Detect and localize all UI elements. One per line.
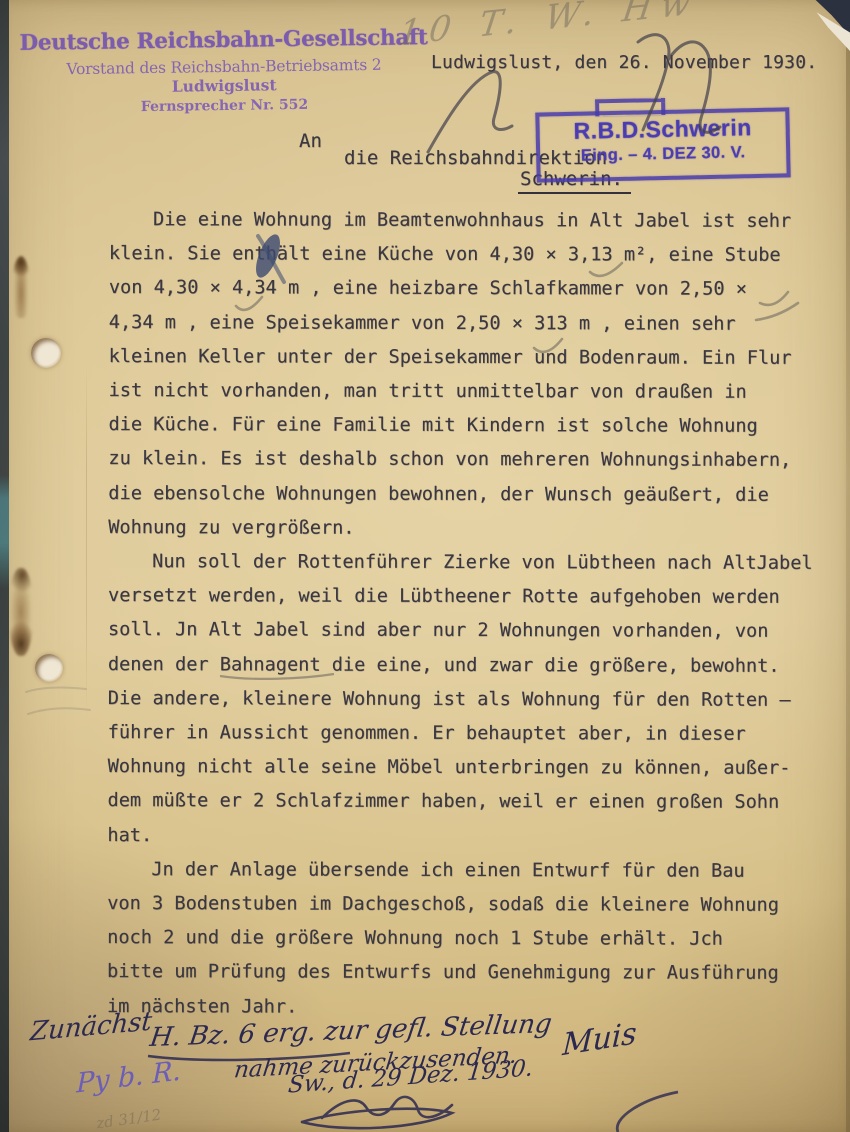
body-line: von 4,30 × 4,34 m , eine heizbare Schlaf… xyxy=(109,271,835,307)
body-line: kleinen Keller unter der Speisekammer un… xyxy=(109,340,835,376)
body-line: von 3 Bodenstuben im Dachgeschoß, sodaß … xyxy=(107,887,833,923)
dateline: Ludwigslust, den 26. November 1930. xyxy=(431,52,817,73)
document-photo: Deutsche Reichsbahn-Gesellschaft Vorstan… xyxy=(0,0,850,1132)
body-line: denen der Bahnagent die eine, und zwar d… xyxy=(108,648,834,684)
body-line: Wohnung nicht alle seine Möbel unterbrin… xyxy=(108,750,834,786)
stamp-office: R.B.D.Schwerin xyxy=(539,113,786,145)
body-line: Nun soll der Rottenführer Zierke von Lüb… xyxy=(108,545,834,581)
recipient-salutation: An xyxy=(299,130,322,152)
punch-hole-bottom xyxy=(35,654,63,682)
body-line: noch 2 und die größere Wohnung noch 1 St… xyxy=(107,921,833,957)
body-line: Jn der Anlage übersende ich einen Entwur… xyxy=(107,853,833,889)
body-line: Wohnung zu vergrößern. xyxy=(108,511,834,547)
body-line: führer in Aussicht genommen. Er behaupte… xyxy=(108,716,834,752)
body-line: bitte um Prüfung des Entwurfs und Genehm… xyxy=(107,956,833,992)
punch-hole-top xyxy=(31,338,61,368)
body-line: Die eine Wohnung im Beamtenwohnhaus in A… xyxy=(109,203,835,239)
body-line: 4,34 m , eine Speisekammer von 2,50 × 31… xyxy=(109,306,835,342)
body-line: zu klein. Es ist deshalb schon von mehre… xyxy=(108,442,834,478)
body-line: ist nicht vorhanden, man tritt unmittelb… xyxy=(109,374,835,410)
letterhead: Deutsche Reichsbahn-Gesellschaft Vorstan… xyxy=(13,25,434,117)
body-line: dem müßte er 2 Schlafzimmer haben, weil … xyxy=(107,785,833,821)
page-left-edge xyxy=(0,0,9,1132)
rust-stain-top xyxy=(12,256,30,318)
letter-body: Die eine Wohnung im Beamtenwohnhaus in A… xyxy=(107,203,835,1026)
letterhead-title: Deutsche Reichsbahn-Gesellschaft xyxy=(13,25,433,56)
letterhead-subtitle-text: Vorstand des Reichsbahn-Betriebsamts 2 xyxy=(66,56,381,78)
stamp-date: Eing. – 4. DEZ 30. V. xyxy=(540,142,786,166)
paper-crease xyxy=(86,360,87,720)
body-line: Die andere, kleinere Wohnung ist als Woh… xyxy=(108,682,834,718)
body-line: versetzt werden, weil die Lübtheener Rot… xyxy=(108,579,834,615)
entry-stamp: R.B.D.Schwerin Eing. – 4. DEZ 30. V. xyxy=(535,107,790,182)
body-line: hat. xyxy=(107,819,833,855)
body-line: die ebensolche Wohnungen bewohnen, der W… xyxy=(108,477,834,513)
body-line: die Küche. Für eine Familie mit Kindern … xyxy=(108,408,834,444)
page-right-edge xyxy=(846,40,850,1132)
rust-stain-bottom xyxy=(9,568,33,656)
letterhead-subtitle-city: Ludwigslust xyxy=(172,75,277,95)
letterhead-subtitle: Vorstand des Reichsbahn-Betriebsamts 2 L… xyxy=(14,55,434,98)
body-line: klein. Sie enthält eine Küche von 4,30 ×… xyxy=(109,237,835,273)
body-line: soll. Jn Alt Jabel sind aber nur 2 Wohnu… xyxy=(108,613,834,649)
